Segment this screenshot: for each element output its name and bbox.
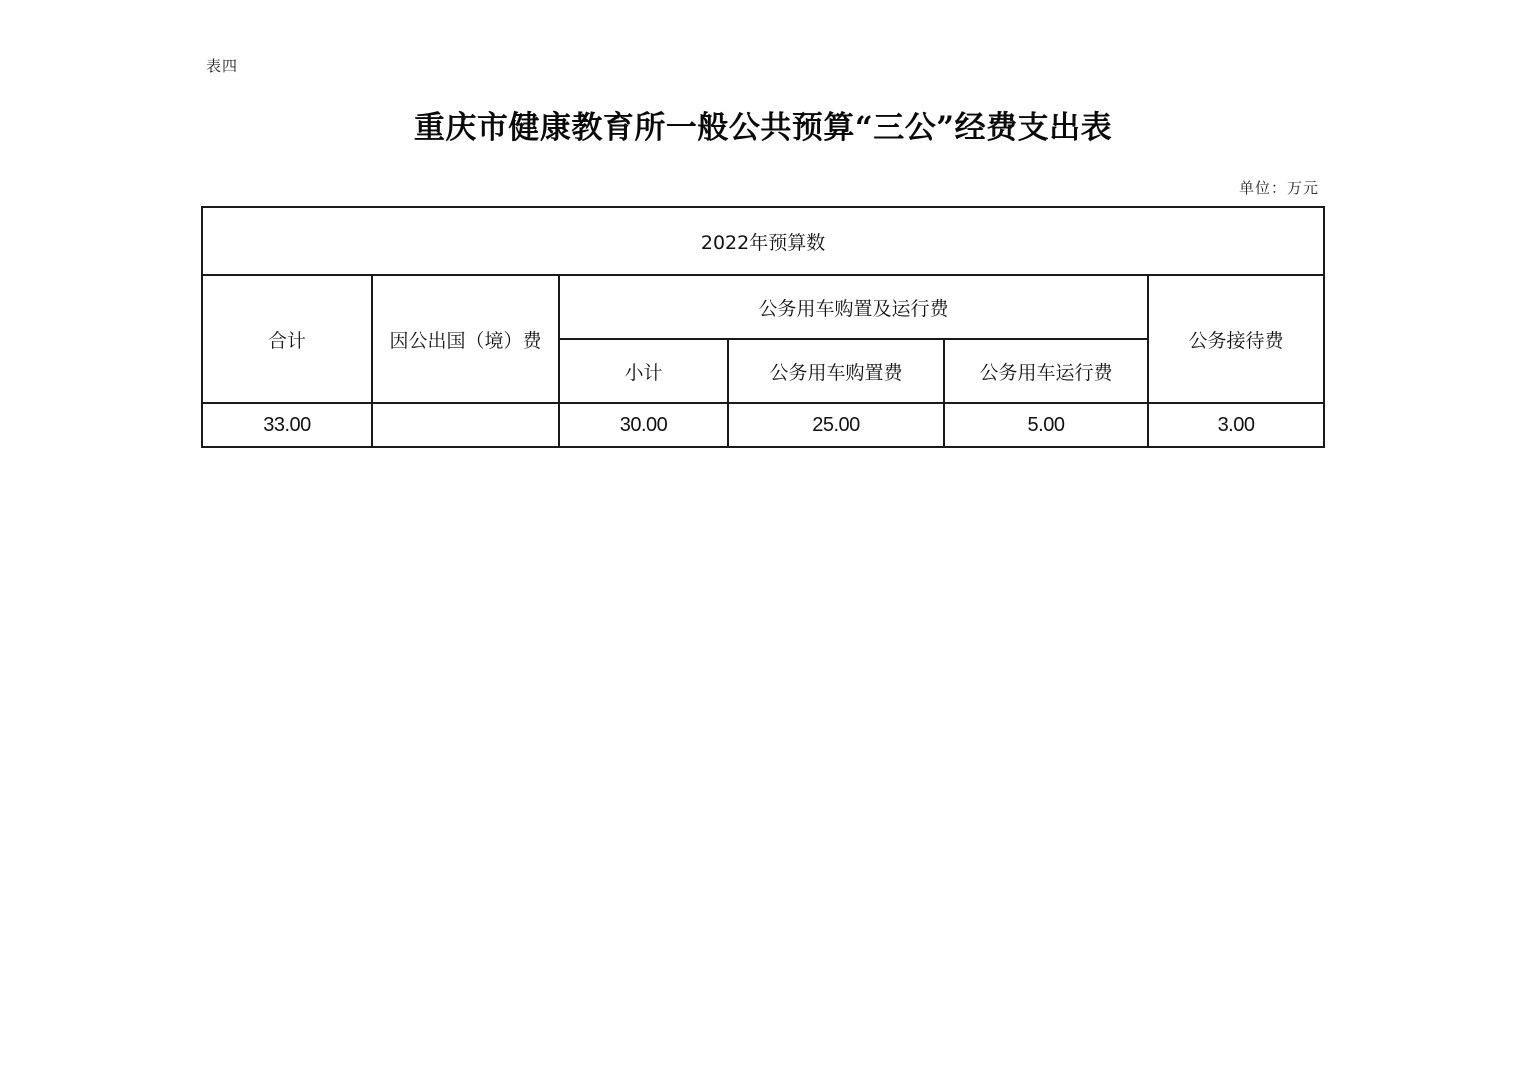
header-vehicle-operation: 公务用车运行费 bbox=[944, 339, 1148, 403]
value-vehicle-operation: 5.00 bbox=[944, 403, 1148, 447]
value-overseas bbox=[372, 403, 559, 447]
header-overseas: 因公出国（境）费 bbox=[372, 275, 559, 403]
header-vehicle-subtotal: 小计 bbox=[559, 339, 728, 403]
value-reception: 3.00 bbox=[1148, 403, 1324, 447]
header-total: 合计 bbox=[202, 275, 372, 403]
year-header-cell: 2022年预算数 bbox=[202, 207, 1324, 275]
page-title: 重庆市健康教育所一般公共预算“三公”经费支出表 bbox=[0, 102, 1520, 147]
header-reception: 公务接待费 bbox=[1148, 275, 1324, 403]
value-vehicle-purchase: 25.00 bbox=[728, 403, 944, 447]
budget-table: 2022年预算数 合计 因公出国（境）费 公务用车购置及运行费 公务接待费 小计… bbox=[201, 206, 1325, 448]
value-total: 33.00 bbox=[202, 403, 372, 447]
unit-label: 单位：万元 bbox=[1239, 177, 1319, 198]
table-label: 表四 bbox=[206, 55, 238, 76]
year-header-row: 2022年预算数 bbox=[202, 207, 1324, 275]
table-row: 33.00 30.00 25.00 5.00 3.00 bbox=[202, 403, 1324, 447]
header-vehicle-purchase: 公务用车购置费 bbox=[728, 339, 944, 403]
header-vehicle-group: 公务用车购置及运行费 bbox=[559, 275, 1148, 339]
column-header-row-1: 合计 因公出国（境）费 公务用车购置及运行费 公务接待费 bbox=[202, 275, 1324, 339]
value-vehicle-subtotal: 30.00 bbox=[559, 403, 728, 447]
